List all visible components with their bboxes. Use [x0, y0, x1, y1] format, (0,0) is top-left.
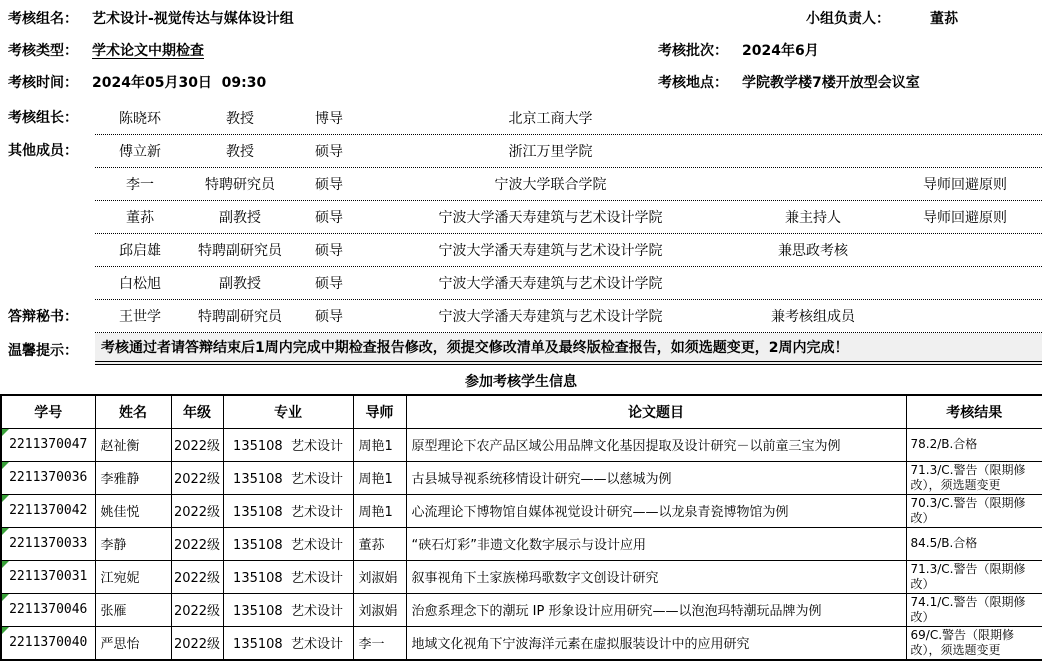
student-grade: 2022级: [171, 428, 223, 461]
student-id-cell: 2211370033: [1, 527, 95, 560]
student-thesis: 心流理论下博物馆自媒体视觉设计研究——以龙泉青瓷博物馆为例: [406, 494, 906, 527]
member-type: 博导: [295, 108, 363, 128]
committee-member-list: 陈晓环 教授 博导 北京工商大学 傅立新 教授 硕导 浙江万里学院 李一 特聘研…: [95, 102, 1042, 333]
students-table-title: 参加考核学生信息: [0, 371, 1042, 391]
student-result: 84.5/B.合格: [906, 527, 1042, 560]
student-major: 135108 艺术设计: [223, 461, 353, 494]
student-advisor: 刘淑娟: [353, 593, 406, 626]
green-corner-marker-icon: [2, 429, 9, 436]
member-type: 硕导: [295, 273, 363, 293]
member-org: 宁波大学潘天寿建筑与艺术设计学院: [363, 207, 738, 227]
member-title: 教授: [185, 141, 295, 161]
green-corner-marker-icon: [2, 561, 9, 568]
student-thesis: 原型理论下农产品区域公用品牌文化基因提取及设计研究－以前童三宝为例: [406, 428, 906, 461]
member-title: 副教授: [185, 273, 295, 293]
students-table: 学号 姓名 年级 专业 导师 论文题目 考核结果 2211370047 赵祉衡 …: [0, 394, 1042, 661]
member-title: 特聘副研究员: [185, 306, 295, 326]
student-major: 135108 艺术设计: [223, 626, 353, 660]
leader-value: 董荪: [930, 9, 958, 29]
committee-member-row: 董荪 副教授 硕导 宁波大学潘天寿建筑与艺术设计学院 兼主持人 导师回避原则: [95, 201, 1042, 234]
student-name: 李雅静: [95, 461, 171, 494]
time-label: 考核时间：: [8, 73, 78, 93]
member-name: 董荪: [95, 207, 185, 227]
student-advisor: 董荪: [353, 527, 406, 560]
col-header-advisor: 导师: [353, 395, 406, 428]
student-result: 74.1/C.警告（限期修改）: [906, 593, 1042, 626]
student-row: 2211370040 严思怡 2022级 135108 艺术设计 李一 地域文化…: [1, 626, 1042, 660]
student-result: 71.3/C.警告（限期修改）: [906, 560, 1042, 593]
type-value: 学术论文中期检查: [92, 41, 204, 61]
leader-label: 小组负责人：: [806, 9, 890, 29]
student-name: 赵祉衡: [95, 428, 171, 461]
green-corner-marker-icon: [2, 495, 9, 502]
member-name: 邱启雄: [95, 240, 185, 260]
student-grade: 2022级: [171, 494, 223, 527]
student-advisor: 刘淑娟: [353, 560, 406, 593]
member-title: 特聘研究员: [185, 174, 295, 194]
location-value: 学院教学楼7楼开放型会议室: [742, 73, 920, 93]
assessment-sheet: 考核组名： 艺术设计-视觉传达与媒体设计组 小组负责人： 董荪 考核类型： 学术…: [0, 0, 1042, 661]
green-corner-marker-icon: [2, 462, 9, 469]
member-org: 宁波大学潘天寿建筑与艺术设计学院: [363, 306, 738, 326]
committee-member-row: 陈晓环 教授 博导 北京工商大学: [95, 102, 1042, 135]
student-major: 135108 艺术设计: [223, 593, 353, 626]
member-name: 白松旭: [95, 273, 185, 293]
student-name: 张雁: [95, 593, 171, 626]
member-org: 北京工商大学: [363, 108, 738, 128]
member-org: 浙江万里学院: [363, 141, 738, 161]
col-header-thesis: 论文题目: [406, 395, 906, 428]
student-result: 71.3/C.警告（限期修改），须选题变更: [906, 461, 1042, 494]
committee-member-row: 李一 特聘研究员 硕导 宁波大学联合学院 导师回避原则: [95, 168, 1042, 201]
member-note: 兼考核组成员: [738, 306, 888, 326]
member-note: 兼思政考核: [738, 240, 888, 260]
col-header-result: 考核结果: [906, 395, 1042, 428]
student-advisor: 周艳1: [353, 494, 406, 527]
others-label: 其他成员：: [8, 141, 78, 161]
notice-banner: 考核通过者请答辩结束后1周内完成中期检查报告修改，须提交修改清单及最终版检查报告…: [95, 333, 1042, 365]
member-name: 陈晓环: [95, 108, 185, 128]
student-id-cell: 2211370042: [1, 494, 95, 527]
col-header-major: 专业: [223, 395, 353, 428]
chair-label: 考核组长：: [8, 108, 78, 128]
batch-value: 2024年6月: [742, 41, 819, 61]
students-header-row: 学号 姓名 年级 专业 导师 论文题目 考核结果: [1, 395, 1042, 428]
member-type: 硕导: [295, 174, 363, 194]
student-id-cell: 2211370046: [1, 593, 95, 626]
col-header-grade: 年级: [171, 395, 223, 428]
student-result: 78.2/B.合格: [906, 428, 1042, 461]
member-org: 宁波大学潘天寿建筑与艺术设计学院: [363, 273, 738, 293]
green-corner-marker-icon: [2, 528, 9, 535]
time-value: 2024年05月30日 09:30: [92, 73, 266, 93]
student-id-cell: 2211370036: [1, 461, 95, 494]
group-name-label: 考核组名：: [8, 9, 78, 29]
green-corner-marker-icon: [2, 594, 9, 601]
student-thesis: 地域文化视角下宁波海洋元素在虚拟服装设计中的应用研究: [406, 626, 906, 660]
student-major: 135108 艺术设计: [223, 428, 353, 461]
green-corner-marker-icon: [2, 627, 9, 634]
student-row: 2211370031 江宛妮 2022级 135108 艺术设计 刘淑娟 叙事视…: [1, 560, 1042, 593]
member-org: 宁波大学联合学院: [363, 174, 738, 194]
committee-member-row: 傅立新 教授 硕导 浙江万里学院: [95, 135, 1042, 168]
secretary-label: 答辩秘书：: [8, 307, 78, 327]
member-note: 兼主持人: [738, 207, 888, 227]
member-title: 副教授: [185, 207, 295, 227]
committee-member-row: 王世学 特聘副研究员 硕导 宁波大学潘天寿建筑与艺术设计学院 兼考核组成员: [95, 300, 1042, 333]
student-major: 135108 艺术设计: [223, 527, 353, 560]
student-result: 69/C.警告（限期修改），须选题变更: [906, 626, 1042, 660]
type-label: 考核类型：: [8, 41, 78, 61]
student-grade: 2022级: [171, 461, 223, 494]
member-title: 教授: [185, 108, 295, 128]
notice-label: 温馨提示：: [8, 341, 78, 361]
member-avoid: 导师回避原则: [888, 207, 1042, 227]
member-type: 硕导: [295, 207, 363, 227]
student-thesis: “硖石灯彩”非遗文化数字展示与设计应用: [406, 527, 906, 560]
member-type: 硕导: [295, 240, 363, 260]
committee-member-row: 白松旭 副教授 硕导 宁波大学潘天寿建筑与艺术设计学院: [95, 267, 1042, 300]
student-row: 2211370047 赵祉衡 2022级 135108 艺术设计 周艳1 原型理…: [1, 428, 1042, 461]
student-row: 2211370042 姚佳悦 2022级 135108 艺术设计 周艳1 心流理…: [1, 494, 1042, 527]
member-name: 李一: [95, 174, 185, 194]
student-row: 2211370046 张雁 2022级 135108 艺术设计 刘淑娟 治愈系理…: [1, 593, 1042, 626]
student-result: 70.3/C.警告（限期修改）: [906, 494, 1042, 527]
member-type: 硕导: [295, 306, 363, 326]
student-name: 严思怡: [95, 626, 171, 660]
student-grade: 2022级: [171, 626, 223, 660]
student-name: 江宛妮: [95, 560, 171, 593]
student-row: 2211370033 李静 2022级 135108 艺术设计 董荪 “硖石灯彩…: [1, 527, 1042, 560]
student-thesis: 叙事视角下土家族梯玛歌数字文创设计研究: [406, 560, 906, 593]
student-name: 李静: [95, 527, 171, 560]
location-label: 考核地点：: [658, 73, 728, 93]
member-avoid: 导师回避原则: [888, 174, 1042, 194]
student-advisor: 李一: [353, 626, 406, 660]
student-major: 135108 艺术设计: [223, 494, 353, 527]
col-header-student-id: 学号: [1, 395, 95, 428]
member-title: 特聘副研究员: [185, 240, 295, 260]
committee-member-row: 邱启雄 特聘副研究员 硕导 宁波大学潘天寿建筑与艺术设计学院 兼思政考核: [95, 234, 1042, 267]
member-name: 王世学: [95, 306, 185, 326]
notice-text: 考核通过者请答辩结束后1周内完成中期检查报告修改，须提交修改清单及最终版检查报告…: [101, 337, 848, 357]
batch-label: 考核批次：: [658, 41, 728, 61]
student-grade: 2022级: [171, 527, 223, 560]
student-id-cell: 2211370047: [1, 428, 95, 461]
student-grade: 2022级: [171, 560, 223, 593]
student-major: 135108 艺术设计: [223, 560, 353, 593]
student-grade: 2022级: [171, 593, 223, 626]
member-type: 硕导: [295, 141, 363, 161]
group-name-value: 艺术设计-视觉传达与媒体设计组: [92, 9, 294, 29]
col-header-name: 姓名: [95, 395, 171, 428]
member-name: 傅立新: [95, 141, 185, 161]
student-thesis: 治愈系理念下的潮玩 IP 形象设计应用研究——以泡泡玛特潮玩品牌为例: [406, 593, 906, 626]
student-advisor: 周艳1: [353, 461, 406, 494]
student-thesis: 古县城导视系统移情设计研究——以慈城为例: [406, 461, 906, 494]
member-org: 宁波大学潘天寿建筑与艺术设计学院: [363, 240, 738, 260]
student-name: 姚佳悦: [95, 494, 171, 527]
student-advisor: 周艳1: [353, 428, 406, 461]
student-row: 2211370036 李雅静 2022级 135108 艺术设计 周艳1 古县城…: [1, 461, 1042, 494]
student-id-cell: 2211370031: [1, 560, 95, 593]
student-id-cell: 2211370040: [1, 626, 95, 660]
